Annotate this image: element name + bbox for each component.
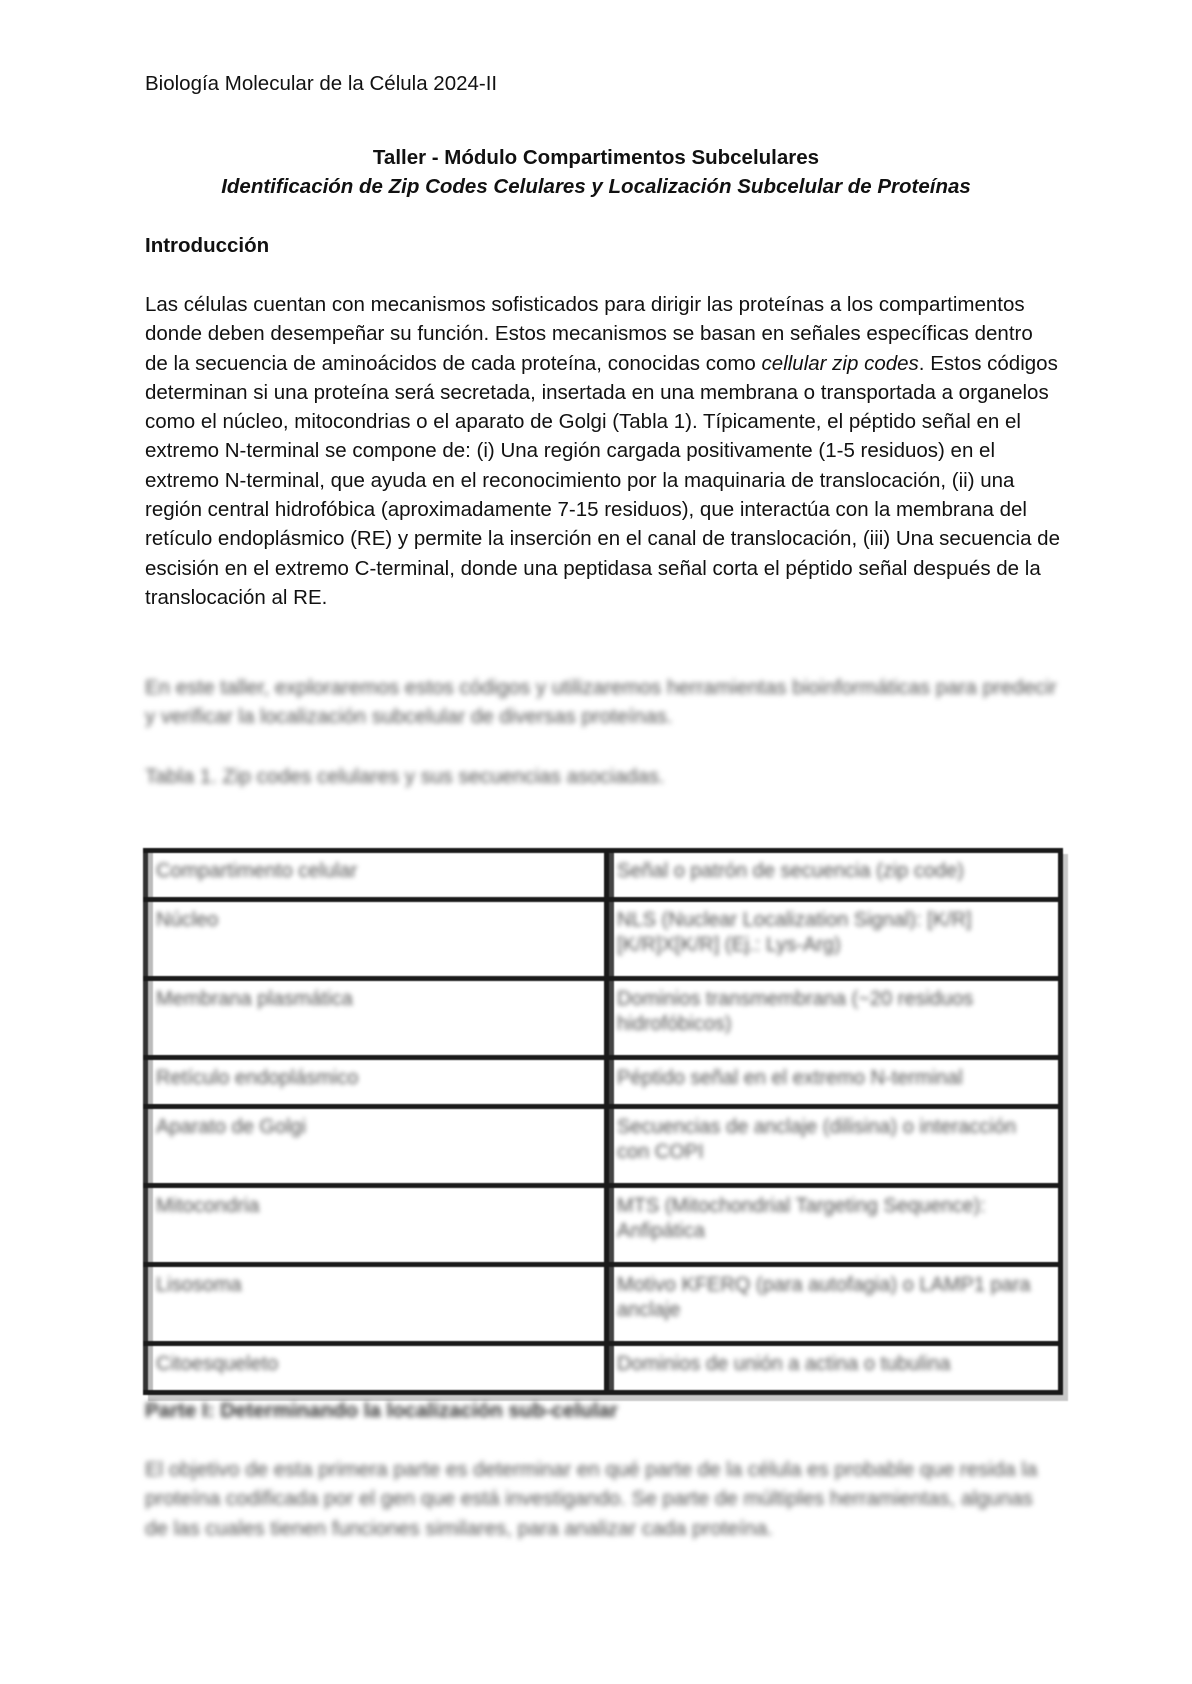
- part1-paragraph: El objetivo de esta primera parte es det…: [145, 1455, 1060, 1543]
- header-signal: Señal o patrón de secuencia (zip code): [607, 851, 1061, 900]
- cell-signal-text: Dominios transmembrana (~20 residuos hid…: [617, 987, 1050, 1037]
- course-header: Biología Molecular de la Célula 2024-II: [145, 72, 497, 96]
- cell-compartment: Citoesqueleto: [146, 1344, 607, 1393]
- cell-compartment: Retículo endoplásmico: [146, 1058, 607, 1107]
- part1-text: El objetivo de esta primera parte es det…: [145, 1455, 1060, 1543]
- cell-signal: Motivo KFERQ (para autofagia) o LAMP1 pa…: [607, 1265, 1061, 1344]
- cell-signal: Dominios de unión a actina o tubulina: [607, 1344, 1061, 1393]
- intro-text-b: . Estos códigos determinan si una proteí…: [145, 352, 1060, 609]
- cell-compartment-text: Citoesqueleto: [156, 1352, 278, 1377]
- cell-compartment: Mitocondria: [146, 1186, 607, 1265]
- workshop-goal-text: En este taller, exploraremos estos códig…: [145, 673, 1060, 732]
- cell-compartment: Lisosoma: [146, 1265, 607, 1344]
- cell-compartment-text: Retículo endoplásmico: [156, 1066, 358, 1091]
- table-row: Aparato de GolgiSecuencias de anclaje (d…: [146, 1107, 1061, 1186]
- part1-heading: Parte I: Determinando la localización su…: [145, 1399, 618, 1423]
- intro-paragraph: Las células cuentan con mecanismos sofis…: [145, 290, 1060, 612]
- cell-signal-text: Dominios de unión a actina o tubulina: [617, 1352, 951, 1377]
- cell-compartment-text: Lisosoma: [156, 1273, 242, 1298]
- cell-signal-text: Motivo KFERQ (para autofagia) o LAMP1 pa…: [617, 1273, 1050, 1323]
- cell-signal: Péptido señal en el extremo N-terminal: [607, 1058, 1061, 1107]
- cell-signal-text: Secuencias de anclaje (dilisina) o inter…: [617, 1115, 1050, 1165]
- table-row: LisosomaMotivo KFERQ (para autofagia) o …: [146, 1265, 1061, 1344]
- zip-code-table: Compartimento celularSeñal o patrón de s…: [143, 848, 1063, 1395]
- cell-compartment-text: Mitocondria: [156, 1194, 259, 1219]
- cell-compartment: Núcleo: [146, 900, 607, 979]
- cell-signal-text: NLS (Nuclear Localization Signal): [K/R]…: [617, 908, 1050, 958]
- cell-signal: NLS (Nuclear Localization Signal): [K/R]…: [607, 900, 1061, 979]
- table-header-row: Compartimento celularSeñal o patrón de s…: [146, 851, 1061, 900]
- header-compartment-text: Compartimento celular: [156, 859, 357, 884]
- cell-signal: MTS (Mitochondrial Targeting Sequence): …: [607, 1186, 1061, 1265]
- table-caption: Tabla 1. Zip codes celulares y sus secue…: [145, 762, 1060, 791]
- cell-signal: Secuencias de anclaje (dilisina) o inter…: [607, 1107, 1061, 1186]
- cell-signal: Dominios transmembrana (~20 residuos hid…: [607, 979, 1061, 1058]
- cell-compartment: Aparato de Golgi: [146, 1107, 607, 1186]
- cell-compartment-text: Membrana plasmática: [156, 987, 353, 1012]
- cell-compartment: Membrana plasmática: [146, 979, 607, 1058]
- document-subtitle: Identificación de Zip Codes Celulares y …: [0, 175, 1192, 199]
- header-signal-text: Señal o patrón de secuencia (zip code): [617, 859, 964, 884]
- cell-signal-text: Péptido señal en el extremo N-terminal: [617, 1066, 963, 1091]
- table-row: MitocondriaMTS (Mitochondrial Targeting …: [146, 1186, 1061, 1265]
- table-caption-text: Tabla 1. Zip codes celulares y sus secue…: [145, 762, 1060, 791]
- zip-code-table-grid: Compartimento celularSeñal o patrón de s…: [143, 848, 1063, 1395]
- cell-compartment-text: Núcleo: [156, 908, 218, 933]
- header-compartment: Compartimento celular: [146, 851, 607, 900]
- intro-heading: Introducción: [145, 234, 269, 258]
- table-row: Retículo endoplásmicoPéptido señal en el…: [146, 1058, 1061, 1107]
- table-row: Membrana plasmáticaDominios transmembran…: [146, 979, 1061, 1058]
- document-title: Taller - Módulo Compartimentos Subcelula…: [0, 146, 1192, 170]
- cell-compartment-text: Aparato de Golgi: [156, 1115, 306, 1140]
- table-row: CitoesqueletoDominios de unión a actina …: [146, 1344, 1061, 1393]
- cell-signal-text: MTS (Mitochondrial Targeting Sequence): …: [617, 1194, 1050, 1244]
- table-row: NúcleoNLS (Nuclear Localization Signal):…: [146, 900, 1061, 979]
- intro-text-italic: cellular zip codes: [762, 352, 919, 375]
- workshop-goal-paragraph: En este taller, exploraremos estos códig…: [145, 673, 1060, 732]
